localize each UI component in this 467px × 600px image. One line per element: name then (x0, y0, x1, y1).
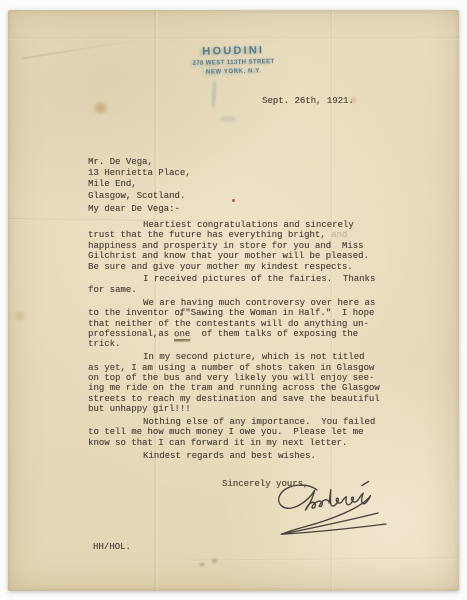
signature-strokes (270, 477, 400, 547)
text-segment: I received pictures of the fairies. Than… (143, 274, 375, 284)
typed-line: We are having much controversy over here… (88, 298, 393, 308)
foxing-spot (13, 310, 27, 322)
text-segment: know so that I can forward it in my next… (88, 438, 347, 448)
text-segment: In my second picture, which is not title… (143, 352, 364, 362)
paragraph: I received pictures of the fairies. Than… (88, 274, 393, 295)
letter-photo: HOUDINI 278 WEST 113TH STREET NEW YORK, … (0, 0, 467, 600)
text-segment: Kindest regards and best wishes. (143, 451, 316, 461)
text-segment: streets to reach my destination and save… (88, 394, 380, 404)
text-segment: happiness and prosperity in store for yo… (88, 241, 363, 251)
stamp-smudge (211, 80, 217, 108)
typed-line: to tell me how much money I owe you. Ple… (88, 427, 393, 437)
text-segment: Gilchrist and know that your mother will… (88, 251, 369, 261)
typed-line: ing me ride on the tram and running acro… (88, 383, 393, 393)
typist-initials: HH/HOL. (93, 542, 131, 552)
ink-speck (212, 559, 217, 563)
recipient-line: Glasgow, Scotland. (88, 191, 191, 202)
typed-line: Be sure and give your mother my kindest … (88, 262, 393, 272)
letterhead-stamp: HOUDINI 278 WEST 113TH STREET NEW YORK, … (8, 40, 460, 79)
typed-line: streets to reach my destination and save… (88, 394, 393, 404)
ink-speck (232, 199, 235, 202)
typed-line: know so that I can forward it in my next… (88, 438, 393, 448)
recipient-line: Mr. De Vega, (88, 157, 191, 168)
text-segment: for same. (88, 285, 137, 295)
letterhead-stamp-text: HOUDINI 278 WEST 113TH STREET NEW YORK, … (8, 40, 460, 79)
ink-speck (200, 563, 204, 566)
typed-line: to the inventor of"Sawing the Woman in H… (88, 308, 393, 318)
typed-line: In my second picture, which is not title… (88, 352, 393, 362)
paragraph: Heartiest congratulations and sincerelyt… (88, 220, 393, 272)
text-segment: and (326, 230, 348, 240)
recipient-block: Mr. De Vega,13 Henrietta Place,Mile End,… (88, 157, 191, 202)
typed-line: trust that the future has everything bri… (88, 230, 393, 240)
text-segment: trick. (88, 339, 120, 349)
horizontal-crease-bottom (188, 557, 459, 562)
date-line: Sept. 26th, 1921. (262, 96, 354, 106)
typed-line: Heartiest congratulations and sincerely (88, 220, 393, 230)
text-segment: to the inventor of"Sawing the Woman in H… (88, 308, 374, 318)
salutation: My dear De Vega:- (88, 204, 180, 214)
recipient-line: 13 Henrietta Place, (88, 168, 191, 179)
typed-line: trick. (88, 339, 393, 349)
text-segment: of them talks of exposing the (191, 329, 358, 339)
text-segment: professional,as (88, 329, 174, 339)
paragraph: Nothing else of any importance. You fail… (88, 417, 393, 448)
typed-line: Kindest regards and best wishes. (88, 451, 393, 461)
text-segment: as yet, I am using a number of shots tak… (88, 363, 374, 373)
letter-paper: HOUDINI 278 WEST 113TH STREET NEW YORK, … (8, 10, 459, 591)
paragraph: Kindest regards and best wishes. (88, 451, 393, 461)
foxing-spot (93, 102, 108, 114)
paragraph: We are having much controversy over here… (88, 298, 393, 350)
typed-line: I received pictures of the fairies. Than… (88, 274, 393, 284)
typed-line: Gilchrist and know that your mother will… (88, 251, 393, 261)
typed-line: professional,as one of them talks of exp… (88, 329, 393, 339)
text-segment: but unhappy girl!!! (88, 404, 191, 414)
text-segment: one (174, 329, 190, 340)
typed-line: but unhappy girl!!! (88, 404, 393, 414)
typed-line: on top of the bus and very likely you wi… (88, 373, 393, 383)
text-segment: Be sure and give your mother my kindest … (88, 262, 353, 272)
body-paragraphs: Heartiest congratulations and sincerelyt… (88, 220, 393, 464)
paragraph: In my second picture, which is not title… (88, 352, 393, 414)
houdini-signature (270, 477, 400, 547)
typed-line: that neither of the contestants will do … (88, 319, 393, 329)
recipient-line: Mile End, (88, 179, 191, 190)
text-segment: on top of the bus and very likely you wi… (88, 373, 374, 383)
text-segment: to tell me how much money I owe you. Ple… (88, 427, 363, 437)
stamp-smudge (220, 116, 236, 122)
text-segment: Heartiest congratulations and sincerely (143, 220, 354, 230)
text-segment: that neither of the contestants will do … (88, 319, 369, 329)
typed-line: happiness and prosperity in store for yo… (88, 241, 393, 251)
text-segment: ing me ride on the tram and running acro… (88, 383, 380, 393)
typed-line: for same. (88, 285, 393, 295)
text-segment: Nothing else of any importance. You fail… (143, 417, 375, 427)
typed-line: Nothing else of any importance. You fail… (88, 417, 393, 427)
text-segment: trust that the future has everything bri… (88, 230, 326, 240)
text-segment: We are having much controversy over here… (143, 298, 375, 308)
typed-line: as yet, I am using a number of shots tak… (88, 363, 393, 373)
